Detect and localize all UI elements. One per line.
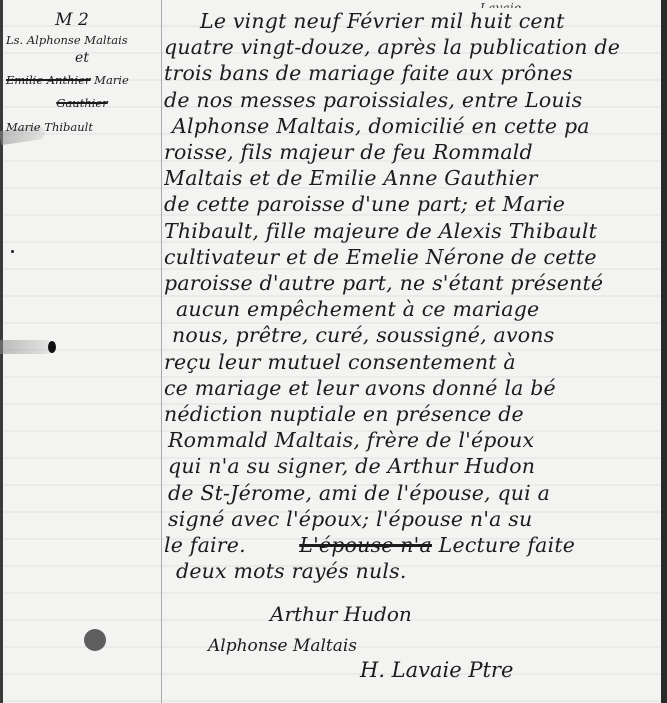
priest-signature: H. Lavaie Ptre [360,658,513,682]
entry-line: roisse, fils majeur de feu Rommald [164,139,658,165]
entry-line: Alphonse Maltais, domicilié en cette pa [164,113,658,139]
entry-text: Lecture faite [439,533,575,557]
ink-smudge [0,340,52,354]
entry-line: signé avec l'époux; l'épouse n'a su [164,506,658,532]
punch-hole [84,629,106,651]
entry-line: Maltais et de Emilie Anne Gauthier [164,165,658,191]
entry-line: ce mariage et leur avons donné la bé [164,375,658,401]
margin-annotation: M 2 Ls. Alphonse Maltais et Emilie Anthi… [6,10,158,134]
ink-speck [11,250,14,253]
entry-line: le faire. L'épouse n'a Lecture faite [164,532,658,558]
entry-text: le faire. [164,533,246,557]
witness-signature: Arthur Hudon [270,602,412,626]
entry-line: deux mots rayés nuls. [164,558,658,584]
entry-line: quatre vingt-douze, après la publication… [164,34,658,60]
register-page: M 2 Ls. Alphonse Maltais et Emilie Anthi… [0,0,667,703]
margin-rule [161,0,162,703]
entry-line: qui n'a su signer, de Arthur Hudon [164,453,658,479]
marriage-entry: ... Lavaie ... Le vingt neuf Février mil… [164,2,658,584]
entry-line: de St-Jérome, ami de l'épouse, qui a [164,480,658,506]
entry-line: aucun empêchement à ce mariage [164,296,658,322]
entry-line: nédiction nuptiale en présence de [164,401,658,427]
entry-line: paroisse d'autre part, ne s'étant présen… [164,270,658,296]
entry-line: de nos messes paroissiales, entre Louis [164,87,658,113]
margin-conjunction: et [6,50,158,68]
margin-struck-surname: Gauthier [6,96,158,110]
entry-line: de cette paroisse d'une part; et Marie [164,191,658,217]
groom-signature: Alphonse Maltais [208,636,357,656]
margin-bride-name: Marie Thibault [6,120,158,134]
margin-inserted-word: Marie [94,73,129,87]
entry-line: cultivateur et de Emelie Nérone de cette [164,244,658,270]
entry-line: reçu leur mutuel consentement à [164,349,658,375]
entry-line: Rommald Maltais, frère de l'époux [164,427,658,453]
act-number: M 2 [0,10,158,31]
page-edge [661,0,667,703]
struck-words: L'épouse n'a [299,533,432,557]
margin-groom-name: Ls. Alphonse Maltais [6,33,158,47]
entry-line: Le vingt neuf Février mil huit cent [164,8,658,34]
entry-line: Thibault, fille majeure de Alexis Thibau… [164,218,658,244]
entry-line: trois bans de mariage faite aux prônes [164,60,658,86]
margin-struck-name: Emilie Anthier [6,73,91,87]
entry-line: nous, prêtre, curé, soussigné, avons [164,322,658,348]
